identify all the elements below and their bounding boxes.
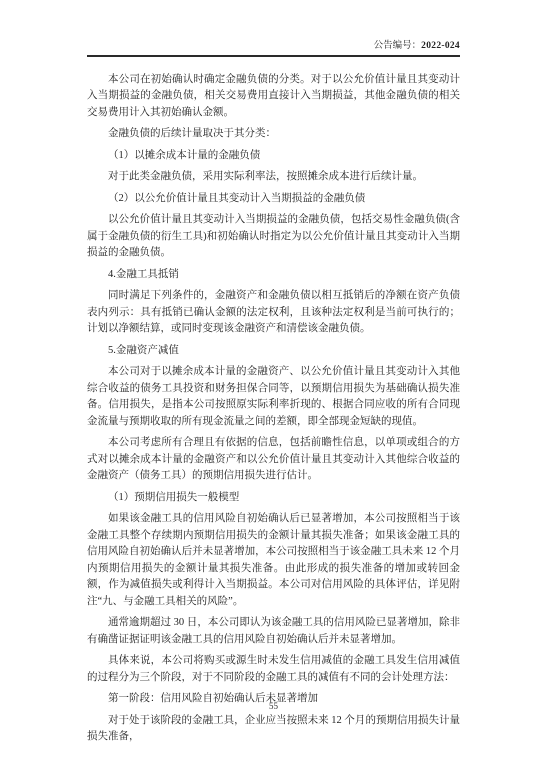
- paragraph: 金融负债的后续计量取决于其分类：: [87, 124, 460, 146]
- header-divider: [87, 55, 460, 57]
- paragraph: 对于此类金融负债，采用实际利率法，按照摊余成本进行后续计量。: [87, 167, 460, 189]
- paragraph: 通常逾期超过 30 日，本公司即认为该金融工具的信用风险已显著增加，除非有确凿证…: [87, 613, 460, 651]
- section-heading-5: 5.金融资产减值: [87, 340, 460, 362]
- paragraph: 对于处于该阶段的金融工具，企业应当按照未来 12 个月的预期信用损失计量损失准备…: [87, 710, 460, 748]
- announcement-number: 2022-024: [421, 41, 460, 51]
- list-item-1: （1）以摊余成本计量的金融负债: [87, 145, 460, 167]
- section-heading-4: 4.金融工具抵销: [87, 264, 460, 286]
- list-item-2: （2）以公允价值计量且其变动计入当期损益的金融负债: [87, 188, 460, 210]
- document-page: 公告编号：2022-024 本公司在初始确认时确定金融负债的分类。对于以公允价值…: [0, 0, 545, 771]
- paragraph: 如果该金融工具的信用风险自初始确认后已显著增加，本公司按照相当于该金融工具整个存…: [87, 509, 460, 613]
- paragraph: 以公允价值计量且其变动计入当期损益的金融负债，包括交易性金融负债(含属于金融负债…: [87, 210, 460, 265]
- paragraph: 具体来说，本公司将购买或源生时未发生信用减值的金融工具发生信用减值的过程分为三个…: [87, 651, 460, 689]
- paragraph: 同时满足下列条件的，金融资产和金融负债以相互抵销后的净额在资产负债表内列示：具有…: [87, 286, 460, 341]
- paragraph: 本公司考虑所有合理且有依据的信息，包括前瞻性信息，以单项或组合的方式对以摊余成本…: [87, 433, 460, 488]
- page-content: 公告编号：2022-024 本公司在初始确认时确定金融负债的分类。对于以公允价值…: [0, 0, 545, 748]
- page-header: 公告编号：2022-024: [87, 40, 460, 52]
- announcement-number-label: 公告编号：: [374, 41, 422, 51]
- subsection-heading-1: （1）预期信用损失一般模型: [87, 487, 460, 509]
- paragraph: 本公司在初始确认时确定金融负债的分类。对于以公允价值计量且其变动计入当期损益的金…: [87, 69, 460, 124]
- document-text: 本公司在初始确认时确定金融负债的分类。对于以公允价值计量且其变动计入当期损益的金…: [87, 69, 460, 748]
- page-number: 55: [87, 701, 460, 711]
- paragraph: 本公司对于以摊余成本计量的金融资产、以公允价值计量且其变动计入其他综合收益的债务…: [87, 362, 460, 433]
